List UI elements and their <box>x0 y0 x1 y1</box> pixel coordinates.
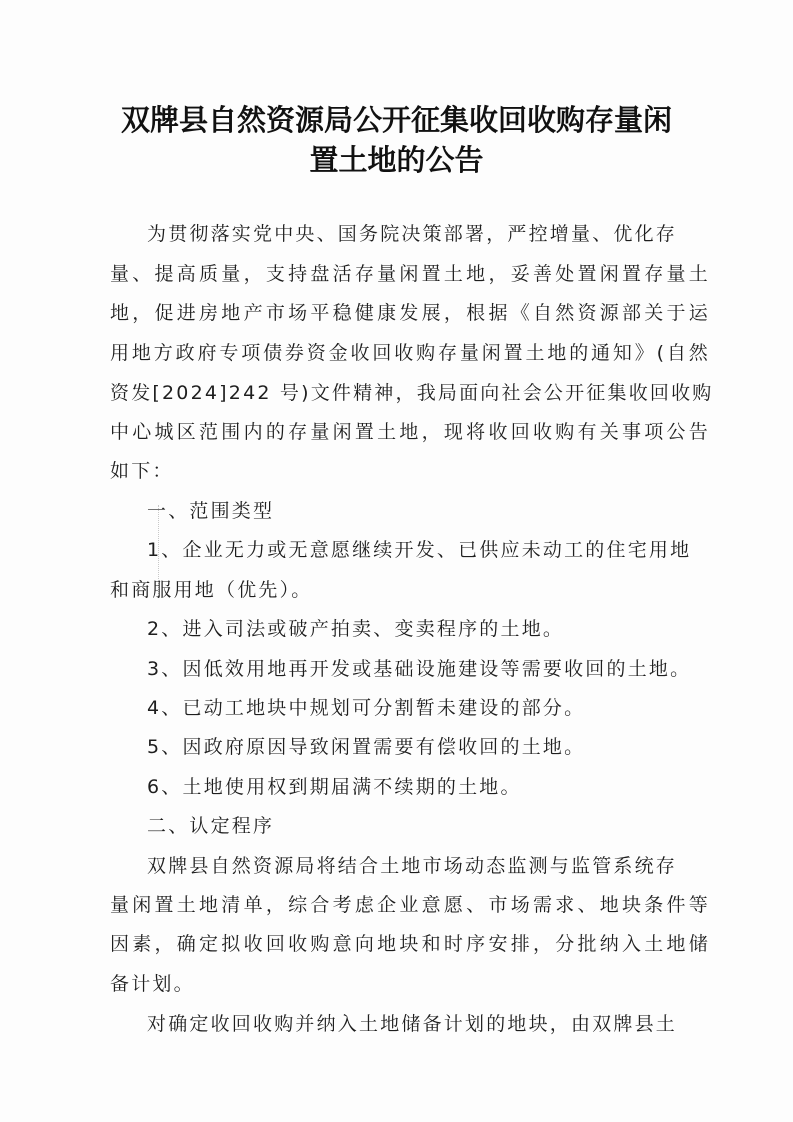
section-1-item-1-cont: 和商服用地（优先）。 <box>110 575 710 605</box>
intro-line-4: 用地方政府专项债券资金收回收购存量闲置土地的通知》(自然 <box>110 338 710 368</box>
section-2-para-1-line-3: 因素，确定拟收回收购意向地块和时序安排，分批纳入土地储 <box>110 929 710 959</box>
document-title-line-1: 双牌县自然资源局公开征集收回收购存量闲 <box>100 100 693 140</box>
document-title-line-2: 置土地的公告 <box>100 140 693 180</box>
document-page: 双牌县自然资源局公开征集收回收购存量闲 置土地的公告 为贯彻落实党中央、国务院决… <box>0 0 793 1122</box>
section-1-item-3: 3、因低效用地再开发或基础设施建设等需要收回的土地。 <box>147 654 747 684</box>
section-2-heading: 二、认定程序 <box>147 811 747 841</box>
intro-line-3: 地，促进房地产市场平稳健康发展，根据《自然资源部关于运 <box>110 298 710 328</box>
intro-line-5: 资发[2024]242 号)文件精神，我局面向社会公开征集收回收购 <box>110 378 710 408</box>
scan-artifact <box>158 505 160 595</box>
intro-line-2: 量、提高质量，支持盘活存量闲置土地，妥善处置闲置存量土 <box>110 259 710 289</box>
section-2-para-2-line-1: 对确定收回收购并纳入土地储备计划的地块，由双牌县土 <box>147 1009 710 1039</box>
section-1-heading: 一、范围类型 <box>147 496 747 526</box>
section-2-para-1-line-1: 双牌县自然资源局将结合土地市场动态监测与监管系统存 <box>147 851 710 881</box>
section-2-para-1-line-4: 备计划。 <box>110 969 710 999</box>
section-1-item-6: 6、土地使用权到期届满不续期的土地。 <box>147 772 747 802</box>
intro-line-6: 中心城区范围内的存量闲置土地，现将收回收购有关事项公告 <box>110 417 710 447</box>
section-1-item-4: 4、已动工地块中规划可分割暂未建设的部分。 <box>147 693 747 723</box>
section-1-item-5: 5、因政府原因导致闲置需要有偿收回的土地。 <box>147 732 747 762</box>
intro-line-1: 为贯彻落实党中央、国务院决策部署，严控增量、优化存 <box>147 219 710 249</box>
section-1-item-1: 1、企业无力或无意愿继续开发、已供应未动工的住宅用地 <box>147 535 710 565</box>
section-2-para-1-line-2: 量闲置土地清单，综合考虑企业意愿、市场需求、地块条件等 <box>110 890 710 920</box>
intro-line-7: 如下： <box>110 456 710 486</box>
section-1-item-2: 2、进入司法或破产拍卖、变卖程序的土地。 <box>147 614 747 644</box>
